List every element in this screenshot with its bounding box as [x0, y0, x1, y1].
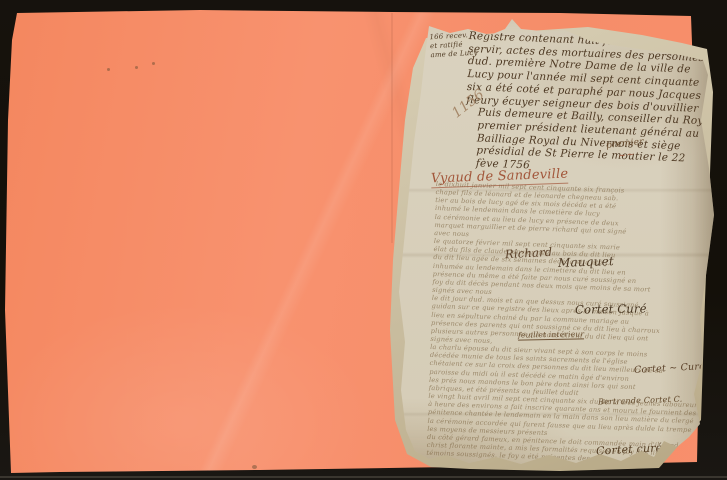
signature-cortet-cure-1: Cortet Curé [575, 301, 647, 316]
signature-richard: Richard [505, 245, 553, 261]
folder-speck [135, 66, 138, 69]
scanned-document-stage: 166 recev. et ratifié ame de Lucy Regist… [0, 0, 727, 480]
signature-mauquet: Mauquet [558, 254, 614, 270]
folder-fold-mark [252, 465, 257, 469]
folder-spine-crease [391, 13, 393, 243]
folder-speck [107, 68, 110, 71]
scanner-edge-line [0, 476, 727, 478]
burial-acts-body: le dixhuit janvier mil sept cent cinquan… [426, 180, 726, 467]
underlined-note-feuillet: feuillet intérieur [518, 329, 584, 340]
red-paraph-mark: ~~ [617, 149, 636, 162]
folder-speck [152, 62, 155, 65]
